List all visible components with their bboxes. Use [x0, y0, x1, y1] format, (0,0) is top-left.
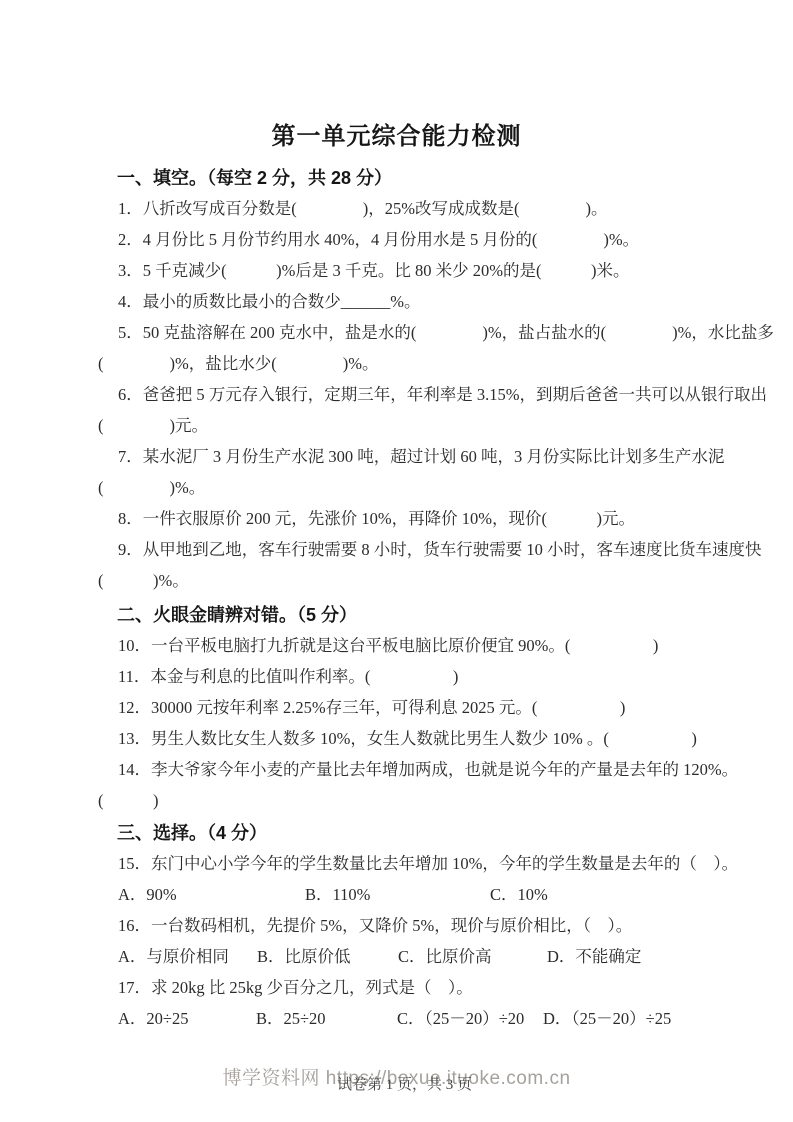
question-1: 1．八折改写成百分数是( )，25%改写成成数是( )。 [0, 193, 793, 224]
question-9: 9．从甲地到乙地，客车行驶需要 8 小时，货车行驶需要 10 小时，客车速度比货… [0, 534, 793, 565]
option-b: B．25÷20 [256, 1003, 397, 1034]
option-b: B．比原价低 [257, 941, 398, 972]
question-2: 2．4 月份比 5 月份节约用水 40%，4 月份用水是 5 月份的( )%。 [0, 224, 793, 255]
option-c: C．10% [490, 879, 548, 910]
question-13: 13．男生人数比女生人数多 10%，女生人数就比男生人数少 10% 。( ) [0, 723, 793, 754]
section-3-heading: 三、选择。（4 分） [0, 818, 793, 848]
question-17: 17．求 20kg 比 25kg 少百分之几，列式是（ ）。 [0, 972, 793, 1003]
question-16-options: A．与原价相同 B．比原价低 C．比原价高 D．不能确定 [0, 941, 793, 972]
question-4: 4．最小的质数比最小的合数少______%。 [0, 286, 793, 317]
question-5: 5．50 克盐溶解在 200 克水中，盐是水的( )%，盐占盐水的( )%，水比… [0, 317, 793, 348]
option-c: C．（25－20）÷20 [397, 1003, 543, 1034]
option-a: A．与原价相同 [118, 941, 257, 972]
section-1-heading: 一、填空。（每空 2 分，共 28 分） [0, 163, 793, 193]
question-17-options: A．20÷25 B．25÷20 C．（25－20）÷20 D．（25－20）÷2… [0, 1003, 793, 1034]
question-12: 12．30000 元按年利率 2.25%存三年，可得利息 2025 元。( ) [0, 692, 793, 723]
question-11: 11．本金与利息的比值叫作利率。( ) [0, 661, 793, 692]
option-a: A．20÷25 [118, 1003, 256, 1034]
option-c: C．比原价高 [398, 941, 547, 972]
question-6-cont: ( )元。 [0, 410, 793, 441]
option-d: D．不能确定 [547, 941, 641, 972]
page-indicator: 试卷第 1 页，共 3 页 [8, 1073, 793, 1094]
option-a: A．90% [118, 879, 305, 910]
question-9-cont: ( )%。 [0, 565, 793, 596]
question-15: 15．东门中心小学今年的学生数量比去年增加 10%，今年的学生数量是去年的（ ）… [0, 848, 793, 879]
question-7-cont: ( )%。 [0, 472, 793, 503]
option-d: D．（25－20）÷25 [543, 1003, 671, 1034]
question-7: 7．某水泥厂 3 月份生产水泥 300 吨，超过计划 60 吨，3 月份实际比计… [0, 441, 793, 472]
page-title: 第一单元综合能力检测 [0, 0, 793, 151]
question-3: 3．5 千克减少( )%后是 3 千克。比 80 米少 20%的是( )米。 [0, 255, 793, 286]
question-16: 16．一台数码相机，先提价 5%，又降价 5%，现价与原价相比，（ ）。 [0, 910, 793, 941]
question-6: 6．爸爸把 5 万元存入银行，定期三年，年利率是 3.15%，到期后爸爸一共可以… [0, 379, 793, 410]
question-10: 10．一台平板电脑打九折就是这台平板电脑比原价便宜 90%。( ) [0, 630, 793, 661]
question-8: 8．一件衣服原价 200 元，先涨价 10%，再降价 10%，现价( )元。 [0, 503, 793, 534]
option-b: B．110% [305, 879, 490, 910]
section-2-heading: 二、火眼金睛辨对错。（5 分） [0, 600, 793, 630]
question-14: 14．李大爷家今年小麦的产量比去年增加两成，也就是说今年的产量是去年的 120%… [0, 754, 793, 785]
question-5-cont: ( )%，盐比水少( )%。 [0, 348, 793, 379]
question-15-options: A．90% B．110% C．10% [0, 879, 793, 910]
exam-page: 第一单元综合能力检测 一、填空。（每空 2 分，共 28 分） 1．八折改写成百… [0, 0, 793, 1122]
question-14-cont: ( ) [0, 785, 793, 816]
